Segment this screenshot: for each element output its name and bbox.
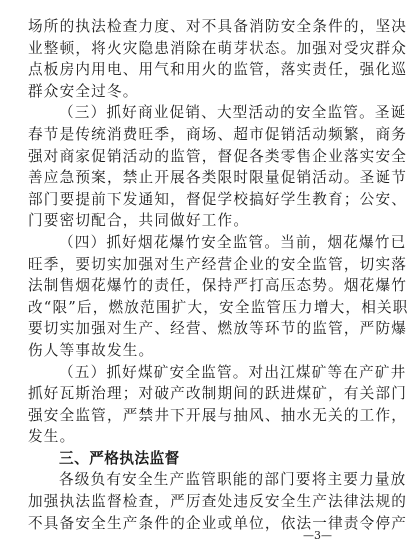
text-line: 点板房内用电、用气和用火的监管，落实责任，强化巡查，确保 xyxy=(28,59,361,81)
text-line: 强对商家促销活动的监管，督促各类零售企业落实安全措施，完 xyxy=(28,146,361,168)
text-line: 场所的执法检查力度、对不具备消防安全条件的，坚决停产、停 xyxy=(28,16,361,38)
text-line: 改“限”后，燃放范围扩大，安全监管压力增大，相关职能部门 xyxy=(28,297,361,319)
paragraph-commercial-promotion: （三）抓好商业促销、大型活动的安全监管。圣诞、元旦、 春节是传统消费旺季，商场、… xyxy=(28,102,361,232)
paragraph-enforcement: 各级负有安全生产监管职能的部门要将主要力量放到一线， 加强执法监督检查，严厉查处… xyxy=(28,469,361,534)
text-line: 法制售烟花爆竹的责任，保持严打高压态势。烟花爆竹实行“禁” xyxy=(28,275,361,297)
text-line: 伤人等事故发生。 xyxy=(28,340,361,362)
paragraph-coal-mine: （五）抓好煤矿安全监管。对出江煤矿等在产矿井，要重点 抓好瓦斯治理；对破产改制期… xyxy=(28,362,361,448)
page-number: —3— xyxy=(303,529,332,542)
text-line: 加强执法监督检查，严厉查处违反安全生产法律法规的行为。对 xyxy=(28,491,361,513)
text-line: （四）抓好烟花爆竹安全监管。当前，烟花爆竹已进入产销 xyxy=(28,232,361,254)
text-line: 抓好瓦斯治理；对破产改制期间的跃进煤矿，有关部门要切实加 xyxy=(28,383,361,405)
text-line: 要切实加强对生产、经营、燃放等环节的监管，严防爆炸、火灾、 xyxy=(28,318,361,340)
text-line: 业整顿，将火灾隐患消除在萌芽状态。加强对受灾群众集中安置 xyxy=(28,38,361,60)
text-line: 门要密切配合，共同做好工作。 xyxy=(28,210,361,232)
text-line: 发生。 xyxy=(28,426,361,448)
text-line: 部门要提前下发通知，督促学校搞好学生教育；公安、交管等部 xyxy=(28,189,361,211)
text-line: （五）抓好煤矿安全监管。对出江煤矿等在产矿井，要重点 xyxy=(28,362,361,384)
paragraph-continuation: 场所的执法检查力度、对不具备消防安全条件的，坚决停产、停 业整顿，将火灾隐患消除… xyxy=(28,16,361,102)
text-line: 强安全监管，严禁井下开展与抽风、抽水无关的工作，防止事故 xyxy=(28,405,361,427)
text-line: 春节是传统消费旺季，商场、超市促销活动频繁，商务部门要加 xyxy=(28,124,361,146)
text-line: 群众安全过冬。 xyxy=(28,81,361,103)
paragraph-fireworks: （四）抓好烟花爆竹安全监管。当前，烟花爆竹已进入产销 旺季，要切实加强对生产经营… xyxy=(28,232,361,362)
text-line: （三）抓好商业促销、大型活动的安全监管。圣诞、元旦、 xyxy=(28,102,361,124)
section-heading: 三、严格执法监督 xyxy=(28,448,361,470)
text-line: 各级负有安全生产监管职能的部门要将主要力量放到一线， xyxy=(28,469,361,491)
text-line: 善应急预案，禁止开展各类限时限量促销活动。圣诞节前，教育 xyxy=(28,167,361,189)
text-line: 旺季，要切实加强对生产经营企业的安全监管，切实落实打击非 xyxy=(28,254,361,276)
document-page: 场所的执法检查力度、对不具备消防安全条件的，坚决停产、停 业整顿，将火灾隐患消除… xyxy=(28,16,361,534)
